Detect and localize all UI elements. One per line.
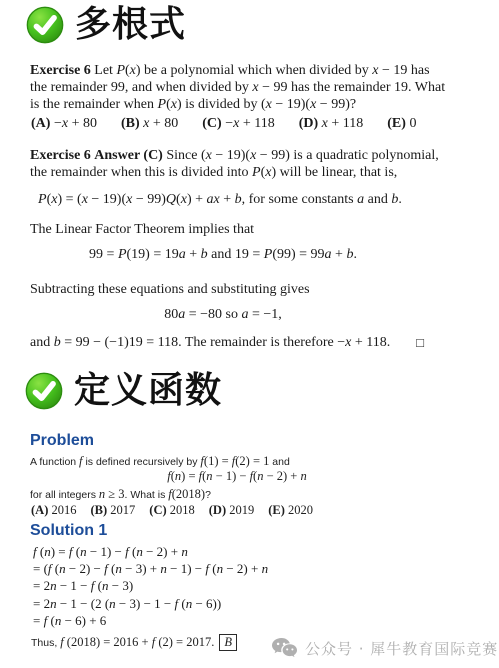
problem-heading: Problem (30, 432, 94, 450)
choice-d: (D) 2019 (209, 503, 254, 518)
answer-paragraph: Exercise 6 Answer (C) Since (x − 19)(x −… (30, 147, 478, 181)
solution-heading: Solution 1 (30, 522, 107, 540)
choice-d: (D) x + 118 (299, 116, 364, 132)
answer-line: Exercise 6 Answer (C) Since (x − 19)(x −… (30, 147, 478, 164)
document-page: 多根式 Exercise 6 Let P(x) be a polynomial … (0, 0, 499, 668)
linear-factor-text: The Linear Factor Theorem implies that (30, 221, 254, 238)
exercise-paragraph: Exercise 6 Let P(x) be a polynomial whic… (30, 62, 478, 113)
solution-line: = 2n − 1 − f (n − 3) (33, 577, 268, 594)
choice-b: (B) x + 80 (121, 116, 178, 132)
choice-c: (C) −x + 118 (202, 116, 274, 132)
subtracting-text: Subtracting these equations and substitu… (30, 281, 310, 298)
watermark-text: 公众号 · 犀牛教育国际竞赛 (305, 638, 498, 659)
solution-line: = f (n − 6) + 6 (33, 612, 268, 629)
boxed-answer: B (219, 634, 237, 651)
exercise-line: the remainder 99, and when divided by x … (30, 79, 478, 96)
answer-final-text: and b = 99 − (−1)19 = 118. The remainder… (30, 334, 390, 351)
exercise-line: is the remainder when P(x) is divided by… (30, 96, 478, 113)
problem-line2: for all integers n ≥ 3. What is f(2018)? (30, 487, 211, 502)
section2-title: 定义函数 (74, 373, 222, 409)
wechat-icon (271, 637, 298, 659)
problem-choices: (A) 2016 (B) 2017 (C) 2018 (D) 2019 (E) … (31, 503, 313, 518)
choice-b: (B) 2017 (90, 503, 135, 518)
problem-line1: A function f is defined recursively by f… (30, 454, 290, 469)
section2-header: 定义函数 (25, 372, 222, 410)
answer-line: the remainder when this is divided into … (30, 164, 478, 181)
answer-final-line: and b = 99 − (−1)19 = 118. The remainder… (30, 334, 470, 351)
choice-e: (E) 0 (387, 116, 416, 132)
solution-line: f (n) = f (n − 1) − f (n − 2) + n (33, 543, 268, 560)
equation-px: P(x) = (x − 19)(x − 99)Q(x) + ax + b, fo… (38, 191, 402, 208)
solution-line: = (f (n − 2) − f (n − 3) + n − 1) − f (n… (33, 560, 268, 577)
check-icon (25, 372, 63, 410)
equation-99-19: 99 = P(19) = 19a + b and 19 = P(99) = 99… (0, 247, 446, 263)
exercise-choices: (A) −x + 80 (B) x + 80 (C) −x + 118 (D) … (31, 116, 416, 132)
solution-final-line: Thus, f (2018) = 2016 + f (2) = 2017.B (31, 634, 237, 651)
choice-a: (A) 2016 (31, 503, 76, 518)
solution-line: = 2n − 1 − (2 (n − 3) − 1 − f (n − 6)) (33, 595, 268, 612)
solution-steps: f (n) = f (n − 1) − f (n − 2) + n = (f (… (33, 543, 268, 629)
check-icon (26, 6, 64, 44)
exercise-line: Exercise 6 Let P(x) be a polynomial whic… (30, 62, 478, 79)
solution-final-text: Thus, f (2018) = 2016 + f (2) = 2017. (31, 637, 214, 649)
problem-equation: f(n) = f(n − 1) − f(n − 2) + n (0, 469, 474, 484)
equation-80a: 80a = −80 so a = −1, (0, 307, 446, 323)
watermark: 公众号 · 犀牛教育国际竞赛 (271, 637, 498, 659)
choice-c: (C) 2018 (149, 503, 194, 518)
choice-a: (A) −x + 80 (31, 116, 97, 132)
section1-title: 多根式 (75, 7, 186, 43)
qed-square-icon: □ (416, 334, 424, 351)
section1-header: 多根式 (26, 6, 186, 44)
choice-e: (E) 2020 (268, 503, 313, 518)
